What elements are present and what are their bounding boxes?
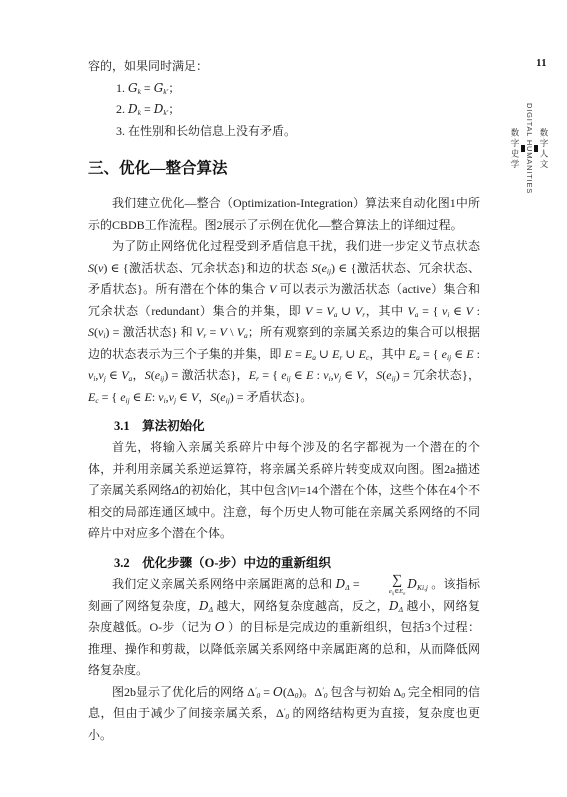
sigma-icon: ∑ [368,574,402,588]
paragraph: 容的，如果同时满足： [88,56,480,78]
math-subscript: a [129,374,133,383]
page-number: 11 [536,58,547,69]
math-subscript: 0 [257,691,261,700]
math-var: Δ [172,483,179,497]
math-subscript: j [339,374,341,383]
journal-title-cn: 数字人文 [538,128,550,170]
math-subscript: 0 [401,691,405,700]
math-var: V [466,304,473,318]
math-var: E [359,347,366,361]
list-item: 2. Dk = Dk′； [116,99,480,121]
math-subscript: a [334,310,338,319]
math-var: S [210,390,216,404]
math-subscript: ij [226,396,230,405]
math-var: E [249,368,256,382]
math-var: S [88,325,94,339]
math-var: V [269,282,276,296]
paragraph: 我们建立优化—整合（Optimization-Integration）算法来自动… [88,193,480,236]
math-subscript: k [138,87,141,96]
math-subscript: i [164,396,166,405]
divider-bar-icon [521,145,525,152]
math-var: V [407,304,414,318]
subsection-heading: 3.2 优化步骤（O-步）中边的重新组织 [114,553,480,573]
math-subscript: c [366,353,369,362]
summation-limits: eij∈Ea [365,589,406,596]
list-item: 1. Gk = Gk′； [116,78,480,100]
math-var: S [312,261,318,275]
math-var: E [466,347,473,361]
math-subscript: ij [392,590,395,595]
math-subscript: ij [392,374,396,383]
math-subscript: Δ [399,605,403,614]
paragraph: 图2b显示了优化后的网络 Δ′0 = O(Δ0)。Δ′0 包含与初始 Δ0 完全… [88,682,480,747]
math-subscript: i [447,310,449,319]
math-subscript: ij [287,374,291,383]
math-subscript: ij [126,396,130,405]
math-subscript: c [95,396,98,405]
journal-section-cn: 数字史学 [509,128,521,170]
math-subscript: a [416,353,420,362]
math-subscript: i [329,374,331,383]
math-subscript: k′ [163,87,168,96]
paragraph: 首先，将输入亲属关系碎片中每个涉及的名字都视为一个潜在的个体，并利用亲属关系逆运… [88,437,480,545]
section-heading: 三、优化—整合算法 [88,159,480,179]
math-var: S [376,368,382,382]
math-subscript: ij [327,267,331,276]
math-subscript: r [256,374,259,383]
math-subscript: r [203,331,206,340]
math-var: V [356,368,363,382]
math-subscript: ij [160,374,164,383]
math-var: V [237,325,244,339]
math-subscript: r [340,353,343,362]
math-subscript: k [138,108,141,117]
math-var: V [305,304,312,318]
math-var: E [285,347,292,361]
math-subscript: i [103,331,105,340]
math-subscript: ij [447,353,451,362]
journal-page: 11 数字人文 DIGITAL HUMANITIES 数字史学 容的，如果同时满… [0,0,567,797]
math-subscript: a [244,331,248,340]
math-script-var: D [407,577,417,591]
math-script-var: D [199,599,209,613]
math-subscript: Δ [209,605,213,614]
paragraph: 为了防止网络优化过程受到矛盾信息干扰，我们进一步定义节点状态S(v) ∈ {激活… [88,236,480,408]
math-script-var: D [154,102,164,116]
math-script-var: D [389,599,399,613]
math-var: V [191,390,198,404]
math-subscript: k′ [163,108,168,117]
math-script-var: G [128,81,138,95]
math-script-var: D [336,577,346,591]
math-script-var: D [128,102,138,116]
math-subscript: j [174,396,176,405]
math-var: V [289,483,296,497]
math-subscript: i [93,374,95,383]
article-content: 容的，如果同时满足：1. Gk = Gk′；2. Dk = Dk′；3. 在性别… [88,56,480,746]
math-subscript: r [362,310,365,319]
math-subscript: Δ [345,583,349,592]
math-subscript: 0 [285,712,289,721]
math-subscript: 0 [295,691,299,700]
math-script-var: G [154,81,164,95]
paragraph: 我们定义亲属关系网络中亲属距离的总和 DΔ = ∑eij∈EaDKi,j 。该指… [88,574,480,682]
math-subscript: a [403,590,405,595]
math-script-var: O [215,620,225,634]
math-subscript: j [104,374,106,383]
math-script-var: O [273,685,283,699]
math-var: S [145,368,151,382]
math-subscript: a [415,310,419,319]
math-var: E [306,368,313,382]
math-var: v [98,261,103,275]
journal-title-en: DIGITAL HUMANITIES [525,103,534,194]
math-var: S [88,261,94,275]
math-subscript: 0 [324,691,328,700]
math-var: V [121,368,128,382]
divider-bar-icon [534,145,538,152]
math-subscript: Ki,j [417,583,428,592]
list-item: 3. 在性别和长幼信息上没有矛盾。 [116,121,480,143]
summation-symbol: ∑eij∈Ea [365,574,406,596]
math-var: E [145,390,152,404]
math-var: E [332,347,339,361]
math-subscript: a [312,353,316,362]
journal-sidebar: 数字人文 DIGITAL HUMANITIES 数字史学 [509,103,550,194]
math-var: V [220,325,227,339]
math-var: V [326,304,333,318]
subsection-heading: 3.1 算法初始化 [114,416,480,436]
